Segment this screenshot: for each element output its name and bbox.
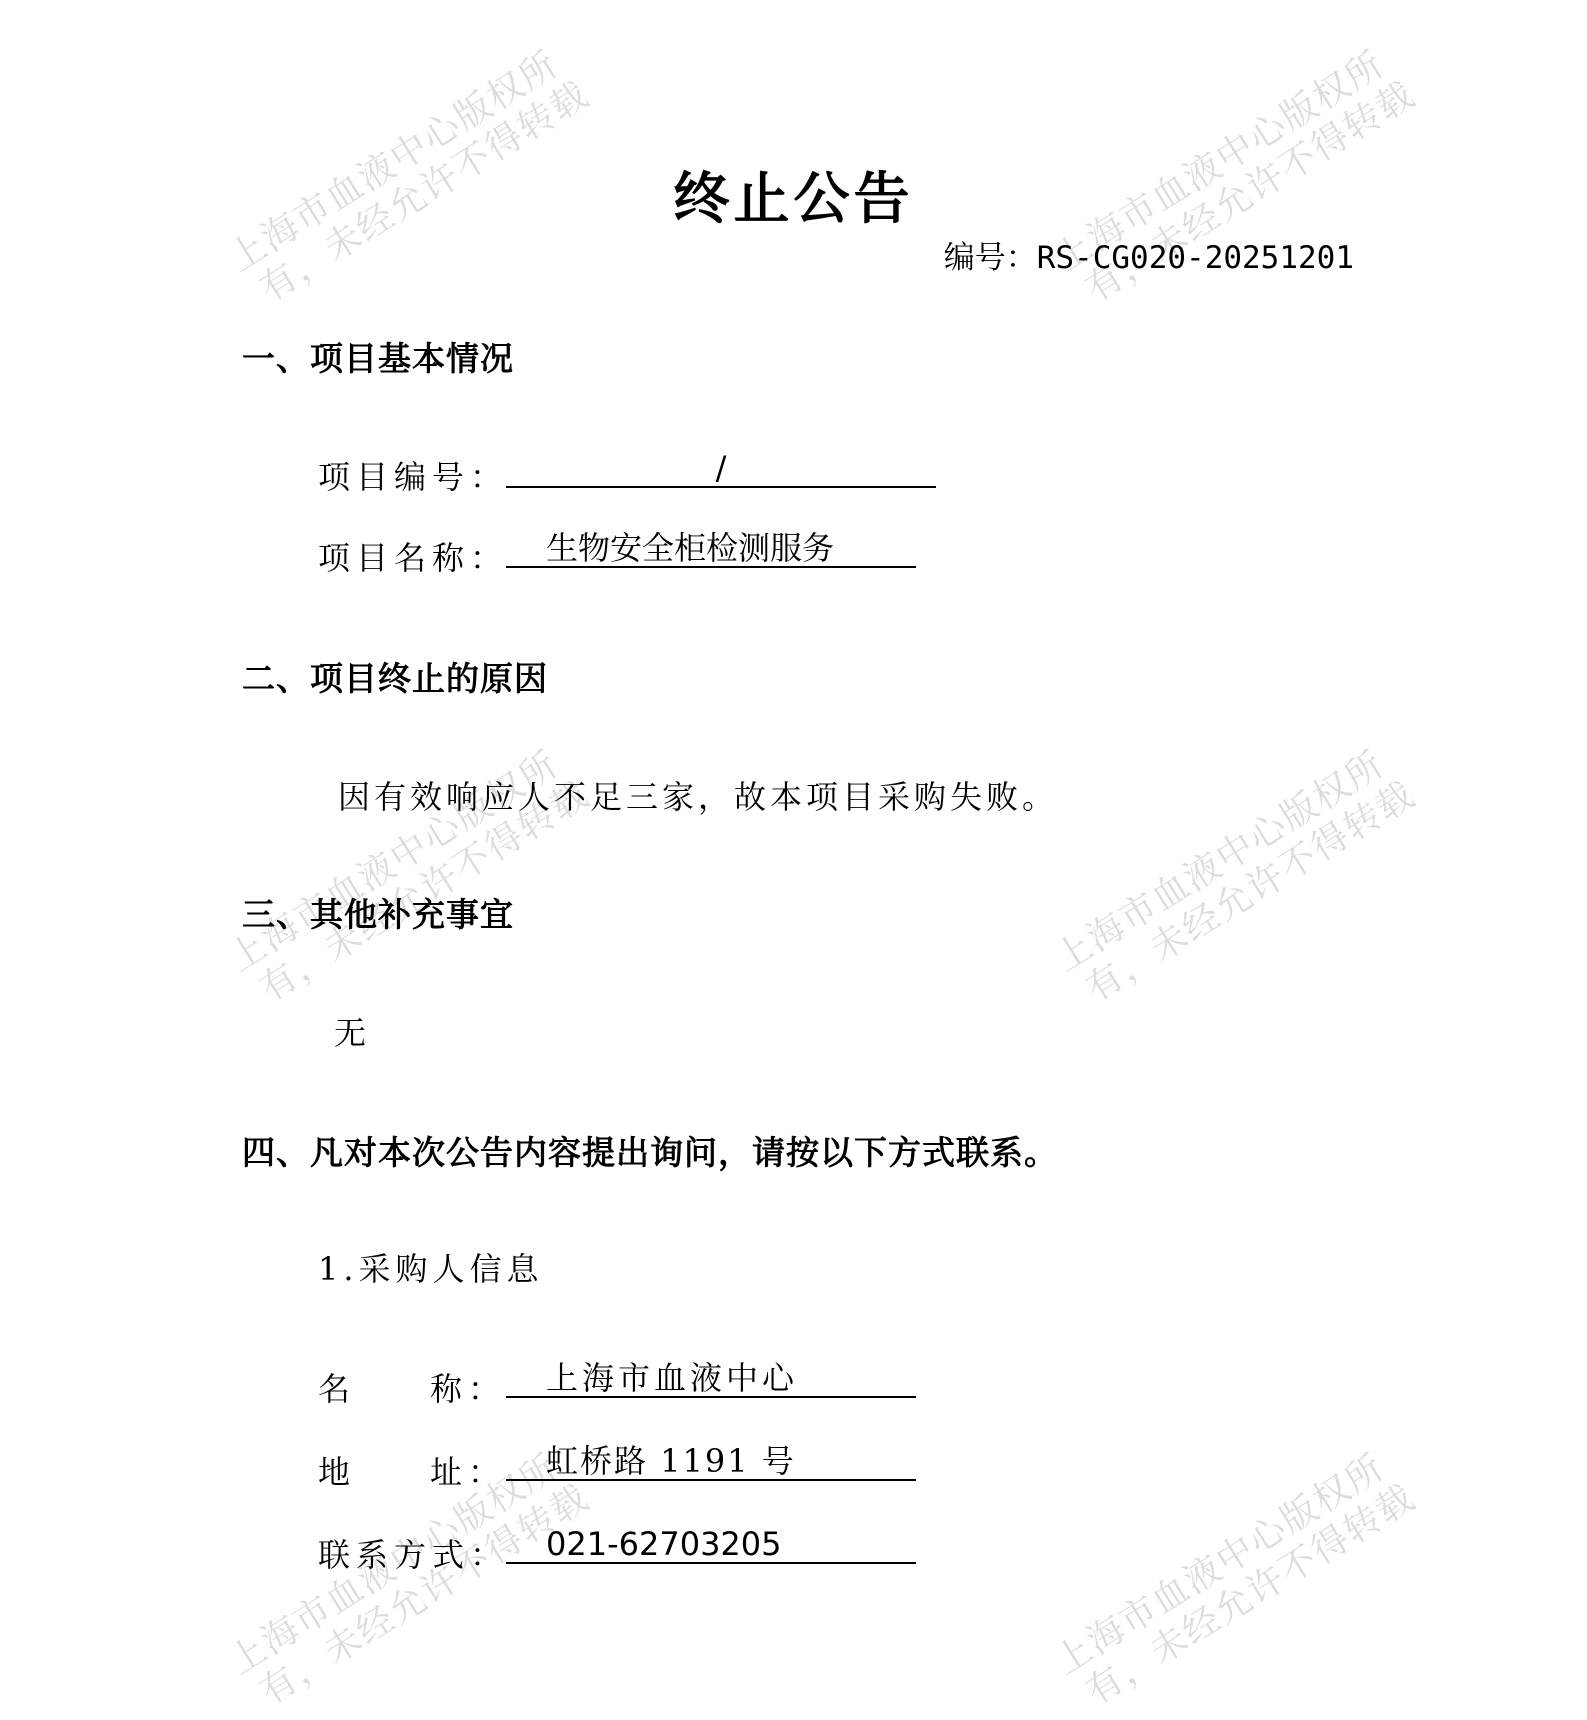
other-matters-text: 无 xyxy=(334,1008,370,1054)
purchaser-contact-value: 021-62703205 xyxy=(506,1524,916,1564)
purchaser-info-heading: 1.采购人信息 xyxy=(318,1244,544,1290)
section-heading-other-matters: 三、其他补充事宜 xyxy=(242,889,514,936)
watermark-line: 上海市血液中心版权所 xyxy=(1048,722,1426,980)
watermark-mid-right: 上海市血液中心版权所 有，未经允许不得转载 xyxy=(1048,722,1449,1016)
section-heading-contact: 四、凡对本次公告内容提出询问，请按以下方式联系。 xyxy=(242,1127,1058,1174)
watermark-mid-left: 上海市血液中心版权所 有，未经允许不得转载 xyxy=(222,722,623,1016)
project-number-label: 项目编号： xyxy=(318,452,508,498)
project-name-label: 项目名称： xyxy=(318,533,508,579)
purchaser-name-label-2: 称： xyxy=(430,1364,506,1410)
project-number-value: / xyxy=(506,448,936,488)
document-number-value: RS-CG020-20251201 xyxy=(1037,240,1354,276)
purchaser-contact-label: 联系方式： xyxy=(318,1530,508,1576)
purchaser-address-label-1: 地 xyxy=(318,1447,356,1493)
purchaser-name-label-1: 名 xyxy=(318,1364,356,1410)
section-heading-termination-reason: 二、项目终止的原因 xyxy=(242,653,548,700)
purchaser-address-value: 虹桥路 1191 号 xyxy=(506,1441,916,1481)
watermark-bottom-right: 上海市血液中心版权所 有，未经允许不得转载 xyxy=(1048,1425,1449,1719)
document-number: 编号：RS-CG020-20251201 xyxy=(944,232,1354,277)
project-name-value: 生物安全柜检测服务 xyxy=(506,528,916,568)
watermark-line: 上海市血液中心版权所 xyxy=(222,22,600,280)
watermark-line: 有，未经允许不得转载 xyxy=(1070,758,1448,1016)
termination-reason-text: 因有效响应人不足三家，故本项目采购失败。 xyxy=(338,772,1058,818)
watermark-line: 有，未经允许不得转载 xyxy=(1070,1461,1448,1719)
document-title: 终止公告 xyxy=(0,155,1587,235)
purchaser-address-label-2: 址： xyxy=(430,1447,506,1493)
watermark-line: 上海市血液中心版权所 xyxy=(222,722,600,980)
document-number-label: 编号： xyxy=(944,240,1037,276)
watermark-line: 有，未经允许不得转载 xyxy=(244,1461,622,1719)
watermark-line: 上海市血液中心版权所 xyxy=(1048,1425,1426,1683)
section-heading-basic-info: 一、项目基本情况 xyxy=(242,333,514,380)
purchaser-name-value: 上海市血液中心 xyxy=(506,1358,916,1398)
